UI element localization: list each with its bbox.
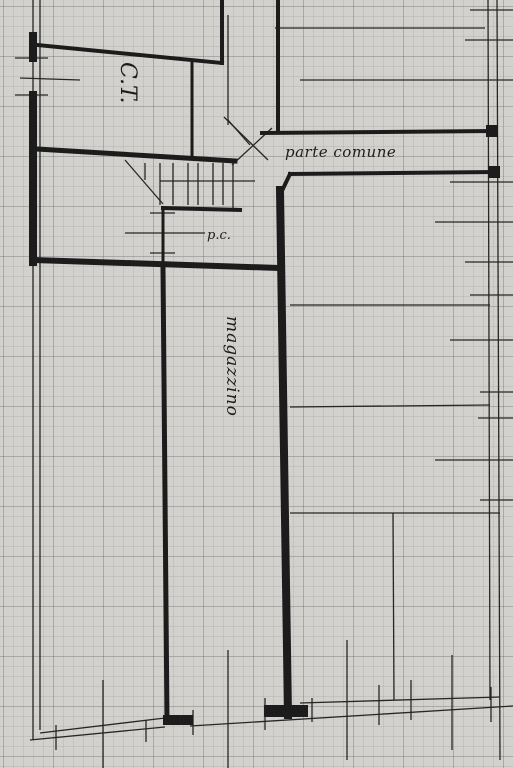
label-ct: C.T. xyxy=(115,62,140,103)
floor-plan-sheet: C.T. parte comune p.c. magazzino xyxy=(0,0,513,768)
label-shop: magazzino xyxy=(222,316,242,417)
wall-bases xyxy=(163,125,500,725)
label-pc: p.c. xyxy=(207,228,231,243)
floor-plan-drawing xyxy=(0,0,513,768)
drafting-lines xyxy=(15,0,513,768)
walls xyxy=(33,0,494,722)
label-common-area: parte comune xyxy=(285,143,396,161)
